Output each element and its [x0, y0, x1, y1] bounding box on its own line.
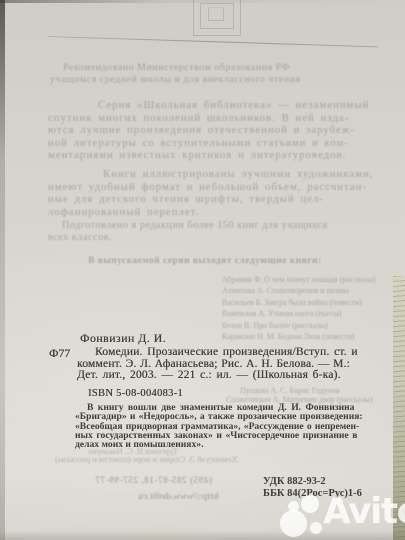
- avito-watermark-text: Avito: [323, 491, 405, 532]
- ghost-book-list-item: Карамзин Н. М. Бедная Лиза (повести): [222, 332, 354, 341]
- avito-logo-icon: [301, 495, 319, 513]
- ghost-line: ные для детского чтения шрифты, твердый …: [48, 193, 324, 205]
- ghost-line: ной литературы со вступительными статьям…: [48, 137, 349, 149]
- ghost-series-heading: В выпускаемой серии выходят следующие кн…: [55, 255, 355, 265]
- ghost-book-list-item: Белов В. Про былое (рассказы): [222, 321, 328, 330]
- ghost-line: спутник многих поколений школьников. В н…: [48, 112, 349, 124]
- author-heading: Фонвизин Д. И.: [80, 331, 166, 346]
- ghost-book-list-item: Ахматова А. Стихотворения и поэмы: [222, 286, 349, 295]
- show-through-rule-line: [48, 36, 378, 48]
- colophon-book-shape: [208, 7, 224, 21]
- book-copyright-page-photo: Рекомендовано Министерством образования …: [0, 0, 405, 540]
- avito-logo-icon: [280, 510, 307, 537]
- photo-left-edge: [0, 0, 5, 540]
- ghost-book-list-item: Васильев Б. Завтра была война (повести): [222, 298, 362, 307]
- ghost-book-list-item: Вампилов А. Утиная охота (пьесы): [222, 309, 341, 318]
- ghost-line: ются лучшие произведения отечественной и…: [48, 124, 355, 136]
- publisher-colophon-stamp: [193, 0, 241, 36]
- avito-watermark: Avito: [276, 492, 405, 540]
- ghost-line: Книги иллюстрированы лучшими художниками…: [103, 168, 374, 180]
- ghost-book-list-item: Абрамов Ф. О чем плачут лошади (рассказы…: [222, 275, 375, 284]
- udk-code: УДК 882-93-2: [263, 476, 326, 487]
- avito-logo-icon: [310, 522, 322, 534]
- ghost-line: всех классов.: [48, 232, 112, 243]
- authors-sign-code: Ф77: [49, 346, 70, 361]
- ghost-book-list-item: Пушкин А. С. Борис Годунов: [240, 386, 340, 395]
- ghost-line: лофанированный переплет.: [48, 206, 199, 218]
- ghost-mirrored-phone: (495) 285-07-18, 257-99-77: [95, 476, 212, 486]
- bibliography-line: Дет. лит., 2003. — 221 с.: ил. — (Школьн…: [77, 369, 341, 381]
- bibliography-line: коммент. Э. Л. Афанасьева; Рис. А. Н. Бе…: [77, 358, 350, 370]
- bibliography-line: Комедии. Прозаические произведения/Вступ…: [95, 346, 358, 358]
- ghost-line: учащимся средней школы и для внеклассног…: [50, 74, 301, 85]
- ghost-line: Серия «Школьная библиотека» — незаменимы…: [98, 99, 369, 111]
- ghost-line: имеют удобный формат и небольшой объем, …: [48, 181, 367, 193]
- ghost-mirrored-line: Хемингуэй Э. Старик и море (повести и ра…: [55, 454, 238, 464]
- ghost-line: Рекомендовано Министерством образования …: [63, 62, 290, 73]
- ghost-line: Подготовлено в редакции более 150 книг д…: [62, 220, 328, 231]
- ghost-line: ментариями известных критиков и литерату…: [48, 149, 346, 161]
- ghost-mirrored-url: http://www.detlit.ru: [138, 492, 219, 502]
- isbn-line: ISBN 5-08-004083-1: [88, 388, 183, 399]
- photo-top-edge: [0, 0, 405, 3]
